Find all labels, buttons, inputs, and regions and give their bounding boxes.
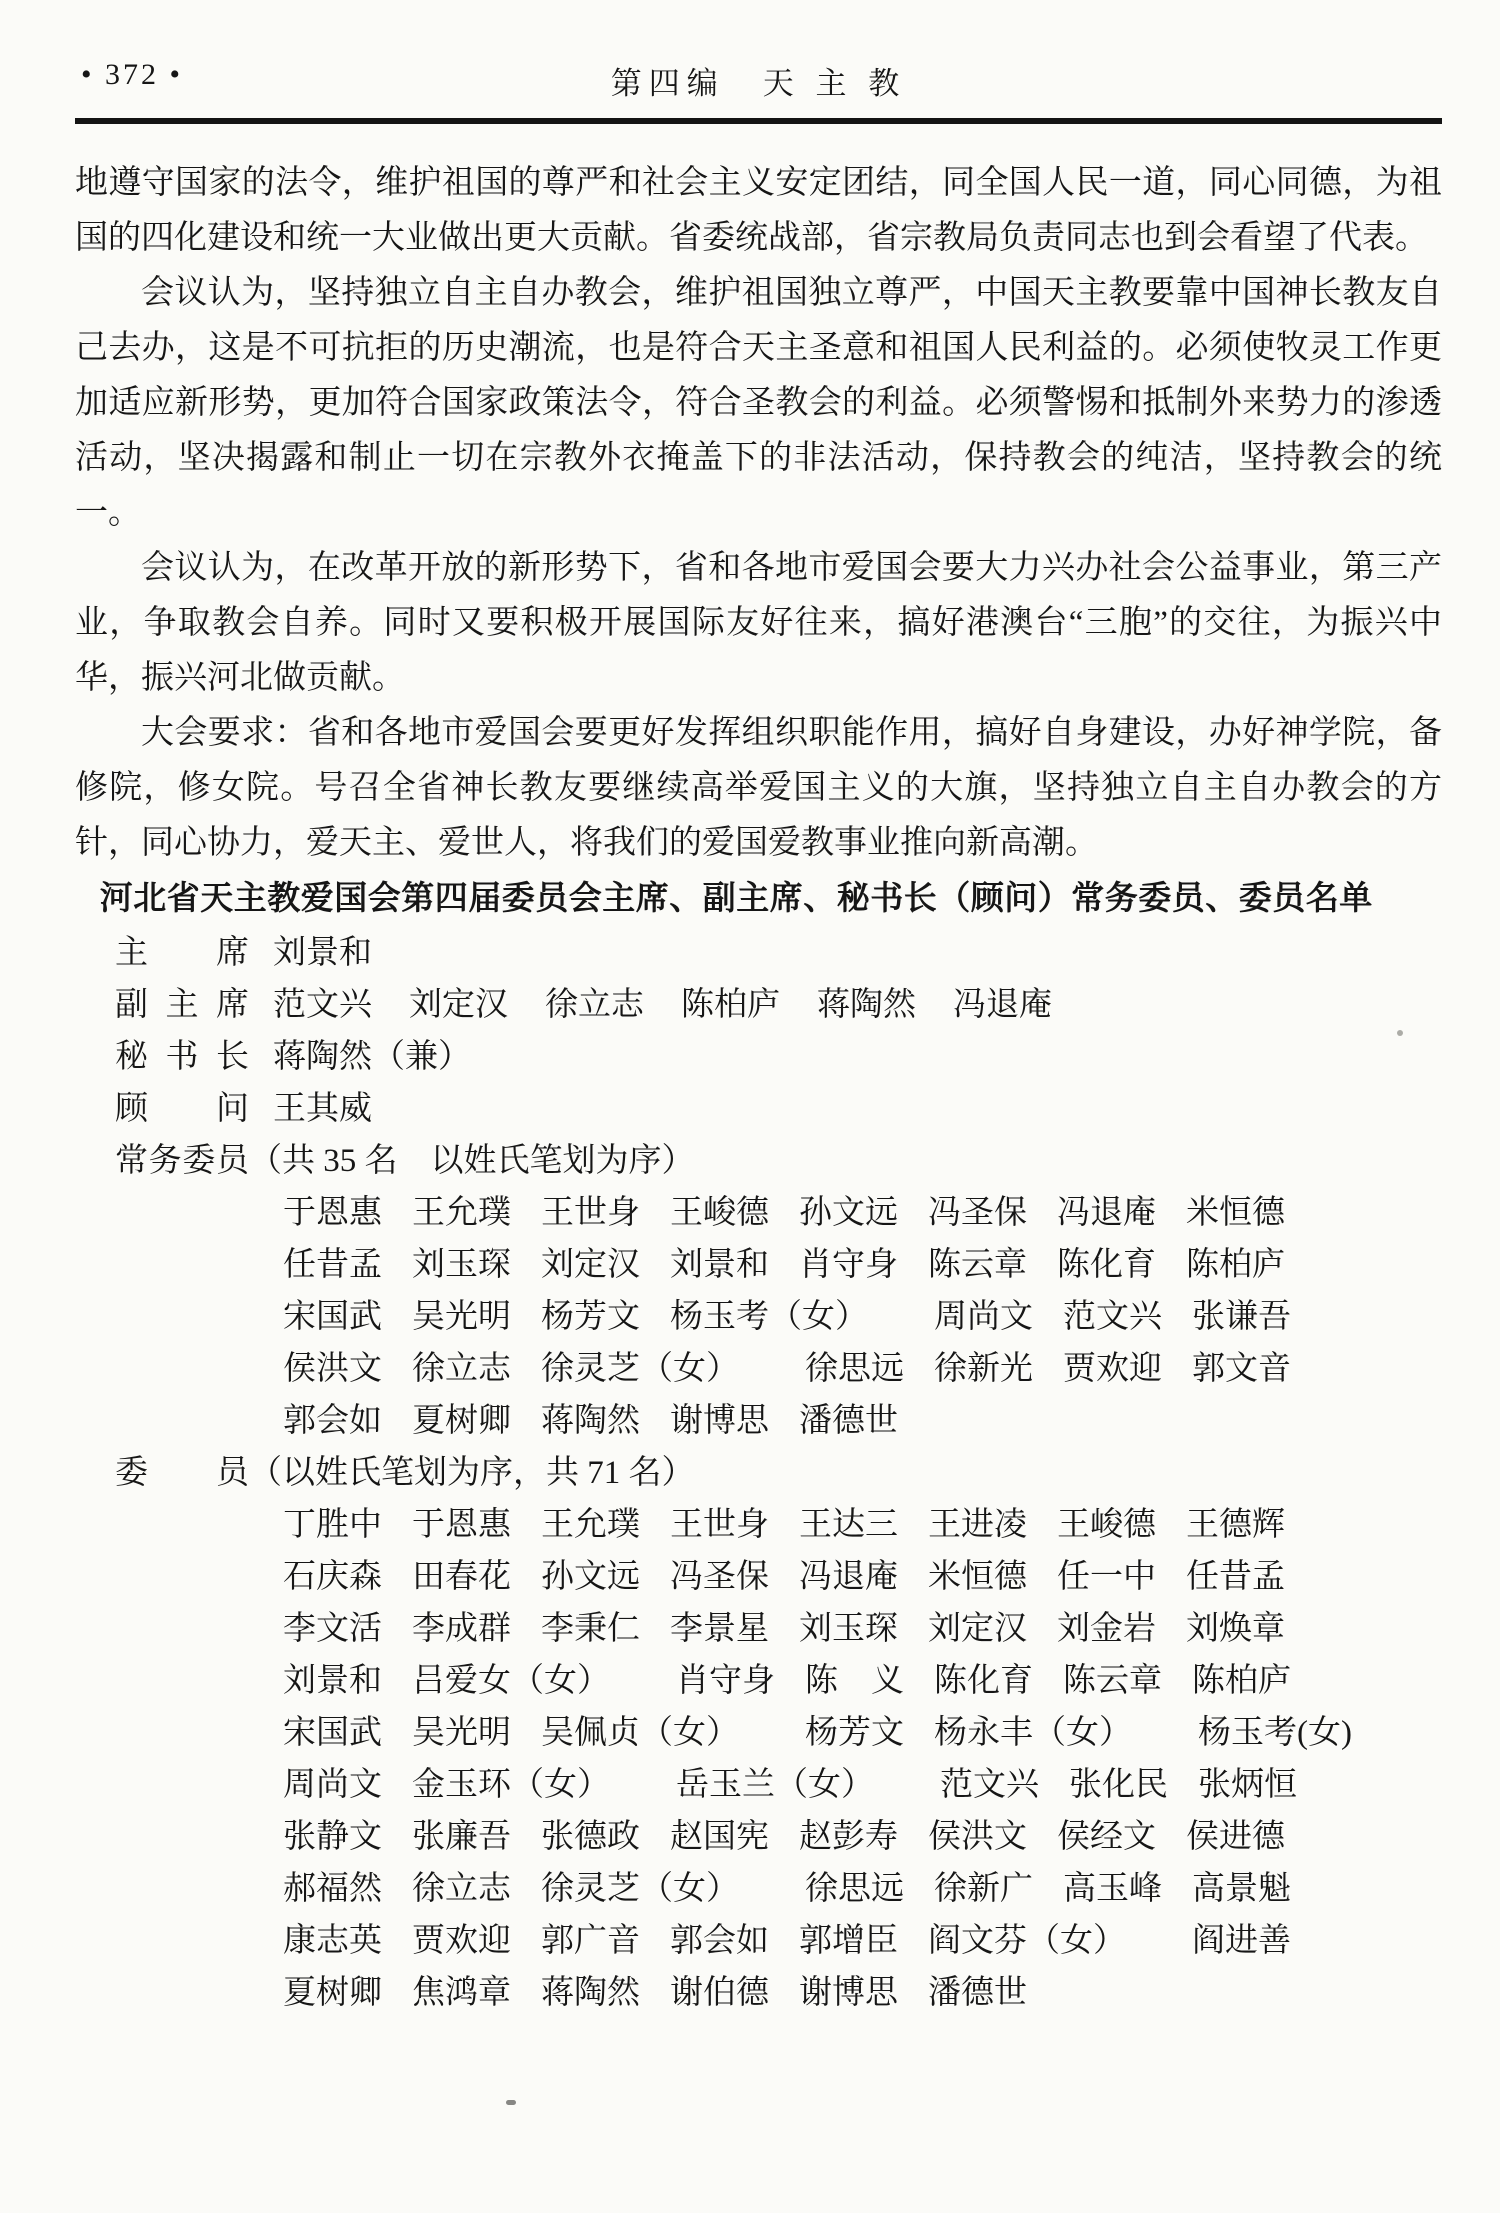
person-name: 王允璞 — [541, 1499, 640, 1551]
role-label: 主席 — [115, 927, 249, 979]
person-name: 郭广音 — [541, 1915, 640, 1967]
section-header: 第四编 天 主 教 — [75, 58, 1442, 103]
person-name: 王德辉 — [1186, 1499, 1285, 1551]
members-note: （以姓氏笔划为序，共 71 名） — [249, 1447, 695, 1499]
leader-row: 副主席范文兴刘定汉徐立志陈柏庐蒋陶然冯退庵 — [75, 979, 1442, 1031]
person-name: 郭增臣 — [799, 1915, 898, 1967]
person-name: 吕爱女（女） — [412, 1655, 610, 1707]
header-rule — [75, 118, 1442, 124]
person-name: 夏树卿 — [283, 1967, 382, 2019]
scan-speck — [1397, 1030, 1403, 1036]
person-name: 吴光明 — [412, 1291, 511, 1343]
name-row: 石庆森田春花孙文远冯圣保冯退庵米恒德任一中任昔孟 — [283, 1551, 1442, 1603]
person-name: 王峻德 — [670, 1187, 769, 1239]
person-name: 赵彭寿 — [799, 1811, 898, 1863]
person-name: 杨玉考（女） — [670, 1291, 868, 1343]
person-name: 刘定汉 — [928, 1603, 1027, 1655]
person-name: 米恒德 — [1186, 1187, 1285, 1239]
person-name: 高景魁 — [1192, 1863, 1291, 1915]
person-name: 王峻德 — [1057, 1499, 1156, 1551]
person-name: 高玉峰 — [1063, 1863, 1162, 1915]
person-name: 陈柏庐 — [1192, 1655, 1291, 1707]
person-name: 米恒德 — [928, 1551, 1027, 1603]
person-name: 蒋陶然（兼） — [273, 1031, 471, 1083]
person-name: 任昔孟 — [1186, 1551, 1285, 1603]
person-name: 王进凌 — [928, 1499, 1027, 1551]
role-label: 副主席 — [115, 979, 249, 1031]
body-text: 地遵守国家的法令，维护祖国的尊严和社会主义安定团结，同全国人民一道，同心同德，为… — [75, 156, 1442, 871]
person-name: 周尚文 — [283, 1759, 382, 1811]
person-name: 刘玉琛 — [412, 1239, 511, 1291]
person-name: 李成群 — [412, 1603, 511, 1655]
person-name: 田春花 — [412, 1551, 511, 1603]
person-name: 李秉仁 — [541, 1603, 640, 1655]
person-name: 杨芳文 — [805, 1707, 904, 1759]
name-row: 侯洪文徐立志徐灵芝（女）徐思远徐新光贾欢迎郭文音 — [283, 1343, 1442, 1395]
role-label: 秘书长 — [115, 1031, 249, 1083]
person-name: 李文活 — [283, 1603, 382, 1655]
name-row: 张静文张廉吾张德政赵国宪赵彭寿侯洪文侯经文侯进德 — [283, 1811, 1442, 1863]
person-name: 阎进善 — [1192, 1915, 1291, 1967]
person-name: 侯洪文 — [928, 1811, 1027, 1863]
person-name: 刘金岩 — [1057, 1603, 1156, 1655]
person-name: 阎文芬（女） — [928, 1915, 1126, 1967]
person-name: 徐灵芝（女） — [541, 1343, 739, 1395]
person-name: 刘定汉 — [541, 1239, 640, 1291]
name-row: 宋国武吴光明吴佩贞（女）杨芳文杨永丰（女）杨玉考(女) — [283, 1707, 1442, 1759]
person-name: 冯退庵 — [799, 1551, 898, 1603]
person-name: 冯圣保 — [670, 1551, 769, 1603]
person-name: 杨永丰（女） — [934, 1707, 1132, 1759]
paragraph: 会议认为，在改革开放的新形势下，省和各地市爱国会要大力兴办社会公益事业，第三产业… — [75, 541, 1442, 706]
paragraph: 地遵守国家的法令，维护祖国的尊严和社会主义安定团结，同全国人民一道，同心同德，为… — [75, 156, 1442, 266]
person-name: 任一中 — [1057, 1551, 1156, 1603]
person-name: 王达三 — [799, 1499, 898, 1551]
person-name: 冯圣保 — [928, 1187, 1027, 1239]
name-row: 于恩惠王允璞王世身王峻德孙文远冯圣保冯退庵米恒德 — [283, 1187, 1442, 1239]
person-name: 徐立志 — [412, 1863, 511, 1915]
person-name: 刘景和 — [670, 1239, 769, 1291]
name-row: 郭会如夏树卿蒋陶然谢博思潘德世 — [283, 1395, 1442, 1447]
person-name: 郭文音 — [1192, 1343, 1291, 1395]
person-name: 陈化育 — [934, 1655, 1033, 1707]
person-name: 陈云章 — [928, 1239, 1027, 1291]
person-name: 夏树卿 — [412, 1395, 511, 1447]
person-name: 徐灵芝（女） — [541, 1863, 739, 1915]
person-name: 张化民 — [1069, 1759, 1168, 1811]
name-row: 李文活李成群李秉仁李景星刘玉琛刘定汉刘金岩刘焕章 — [283, 1603, 1442, 1655]
person-name: 杨芳文 — [541, 1291, 640, 1343]
person-name: 赵国宪 — [670, 1811, 769, 1863]
leader-list: 主席刘景和副主席范文兴刘定汉徐立志陈柏庐蒋陶然冯退庵秘书长蒋陶然（兼）顾问王其威 — [75, 927, 1442, 1135]
leader-row: 秘书长蒋陶然（兼） — [75, 1031, 1442, 1083]
leader-names: 王其威 — [273, 1083, 372, 1135]
person-name: 刘定汉 — [409, 979, 508, 1031]
person-name: 蒋陶然 — [817, 979, 916, 1031]
scanned-book-page: • 372 • 第四编 天 主 教 地遵守国家的法令，维护祖国的尊严和社会主义安… — [0, 0, 1500, 2213]
person-name: 潘德世 — [928, 1967, 1027, 2019]
standing-committee-rows: 于恩惠王允璞王世身王峻德孙文远冯圣保冯退庵米恒德任昔孟刘玉琛刘定汉刘景和肖守身陈… — [75, 1187, 1442, 1447]
person-name: 肖守身 — [799, 1239, 898, 1291]
members-label: 委员 — [115, 1447, 249, 1499]
name-row: 郝福然徐立志徐灵芝（女）徐思远徐新广高玉峰高景魁 — [283, 1863, 1442, 1915]
person-name: 吴佩贞（女） — [541, 1707, 739, 1759]
person-name: 陈化育 — [1057, 1239, 1156, 1291]
leader-row: 主席刘景和 — [75, 927, 1442, 979]
person-name: 陈 义 — [805, 1655, 904, 1707]
person-name: 王允璞 — [412, 1187, 511, 1239]
person-name: 徐新光 — [934, 1343, 1033, 1395]
standing-committee-note: （共 35 名 以姓氏笔划为序） — [249, 1135, 695, 1187]
person-name: 任昔孟 — [283, 1239, 382, 1291]
person-name: 冯退庵 — [953, 979, 1052, 1031]
person-name: 肖守身 — [676, 1655, 775, 1707]
person-name: 王世身 — [670, 1499, 769, 1551]
person-name: 刘焕章 — [1186, 1603, 1285, 1655]
leader-names: 范文兴刘定汉徐立志陈柏庐蒋陶然冯退庵 — [273, 979, 1052, 1031]
person-name: 徐立志 — [412, 1343, 511, 1395]
person-name: 范文兴 — [273, 979, 372, 1031]
name-row: 周尚文金玉环（女）岳玉兰（女）范文兴张化民张炳恒 — [283, 1759, 1442, 1811]
person-name: 冯退庵 — [1057, 1187, 1156, 1239]
person-name: 宋国武 — [283, 1291, 382, 1343]
person-name: 张谦吾 — [1192, 1291, 1291, 1343]
standing-committee-label: 常务委员 — [115, 1135, 249, 1187]
person-name: 王世身 — [541, 1187, 640, 1239]
person-name: 焦鸿章 — [412, 1967, 511, 2019]
name-row: 丁胜中于恩惠王允璞王世身王达三王进凌王峻德王德辉 — [283, 1499, 1442, 1551]
person-name: 谢伯德 — [670, 1967, 769, 2019]
person-name: 丁胜中 — [283, 1499, 382, 1551]
person-name: 郭会如 — [283, 1395, 382, 1447]
name-row: 任昔孟刘玉琛刘定汉刘景和肖守身陈云章陈化育陈柏庐 — [283, 1239, 1442, 1291]
person-name: 徐新广 — [934, 1863, 1033, 1915]
person-name: 陈柏庐 — [1186, 1239, 1285, 1291]
person-name: 石庆森 — [283, 1551, 382, 1603]
person-name: 徐立志 — [545, 979, 644, 1031]
person-name: 杨玉考(女) — [1198, 1707, 1352, 1759]
person-name: 张廉吾 — [412, 1811, 511, 1863]
person-name: 张德政 — [541, 1811, 640, 1863]
paragraph: 会议认为，坚持独立自主自办教会，维护祖国独立尊严，中国天主教要靠中国神长教友自己… — [75, 266, 1442, 541]
person-name: 岳玉兰（女） — [676, 1759, 874, 1811]
person-name: 徐思远 — [805, 1343, 904, 1395]
paragraph: 大会要求：省和各地市爱国会要更好发挥组织职能作用，搞好自身建设，办好神学院，备修… — [75, 706, 1442, 871]
person-name: 孙文远 — [541, 1551, 640, 1603]
roster-title: 河北省天主教爱国会第四届委员会主席、副主席、秘书长（顾问）常务委员、委员名单 — [75, 871, 1442, 927]
person-name: 谢博思 — [799, 1967, 898, 2019]
name-row: 刘景和吕爱女（女）肖守身陈 义陈化育陈云章陈柏庐 — [283, 1655, 1442, 1707]
role-label: 顾问 — [115, 1083, 249, 1135]
person-name: 周尚文 — [934, 1291, 1033, 1343]
person-name: 谢博思 — [670, 1395, 769, 1447]
person-name: 于恩惠 — [283, 1187, 382, 1239]
person-name: 郝福然 — [283, 1863, 382, 1915]
person-name: 侯进德 — [1186, 1811, 1285, 1863]
person-name: 陈柏庐 — [681, 979, 780, 1031]
person-name: 王其威 — [273, 1083, 372, 1135]
person-name: 张静文 — [283, 1811, 382, 1863]
person-name: 金玉环（女） — [412, 1759, 610, 1811]
leader-names: 刘景和 — [273, 927, 372, 979]
name-row: 夏树卿焦鸿章蒋陶然谢伯德谢博思潘德世 — [283, 1967, 1442, 2019]
person-name: 范文兴 — [1063, 1291, 1162, 1343]
person-name: 李景星 — [670, 1603, 769, 1655]
person-name: 宋国武 — [283, 1707, 382, 1759]
standing-committee-header: 常务委员 （共 35 名 以姓氏笔划为序） — [115, 1135, 1442, 1187]
members-rows: 丁胜中于恩惠王允璞王世身王达三王进凌王峻德王德辉石庆森田春花孙文远冯圣保冯退庵米… — [75, 1499, 1442, 2019]
members-header: 委员 （以姓氏笔划为序，共 71 名） — [115, 1447, 1442, 1499]
person-name: 蒋陶然 — [541, 1395, 640, 1447]
person-name: 徐思远 — [805, 1863, 904, 1915]
person-name: 孙文远 — [799, 1187, 898, 1239]
person-name: 潘德世 — [799, 1395, 898, 1447]
person-name: 刘景和 — [283, 1655, 382, 1707]
person-name: 侯经文 — [1057, 1811, 1156, 1863]
person-name: 张炳恒 — [1198, 1759, 1297, 1811]
name-row: 宋国武吴光明杨芳文杨玉考（女）周尚文范文兴张谦吾 — [283, 1291, 1442, 1343]
person-name: 贾欢迎 — [412, 1915, 511, 1967]
person-name: 侯洪文 — [283, 1343, 382, 1395]
person-name: 蒋陶然 — [541, 1967, 640, 2019]
person-name: 郭会如 — [670, 1915, 769, 1967]
person-name: 吴光明 — [412, 1707, 511, 1759]
leader-row: 顾问王其威 — [75, 1083, 1442, 1135]
person-name: 刘玉琛 — [799, 1603, 898, 1655]
person-name: 贾欢迎 — [1063, 1343, 1162, 1395]
person-name: 陈云章 — [1063, 1655, 1162, 1707]
scan-stray-mark — [506, 2100, 516, 2105]
leader-names: 蒋陶然（兼） — [273, 1031, 471, 1083]
roster-section: 河北省天主教爱国会第四届委员会主席、副主席、秘书长（顾问）常务委员、委员名单 主… — [75, 871, 1442, 2019]
person-name: 刘景和 — [273, 927, 372, 979]
name-row: 康志英贾欢迎郭广音郭会如郭增臣阎文芬（女）阎进善 — [283, 1915, 1442, 1967]
person-name: 于恩惠 — [412, 1499, 511, 1551]
page-header: • 372 • 第四编 天 主 教 — [75, 58, 1442, 104]
person-name: 康志英 — [283, 1915, 382, 1967]
person-name: 范文兴 — [940, 1759, 1039, 1811]
